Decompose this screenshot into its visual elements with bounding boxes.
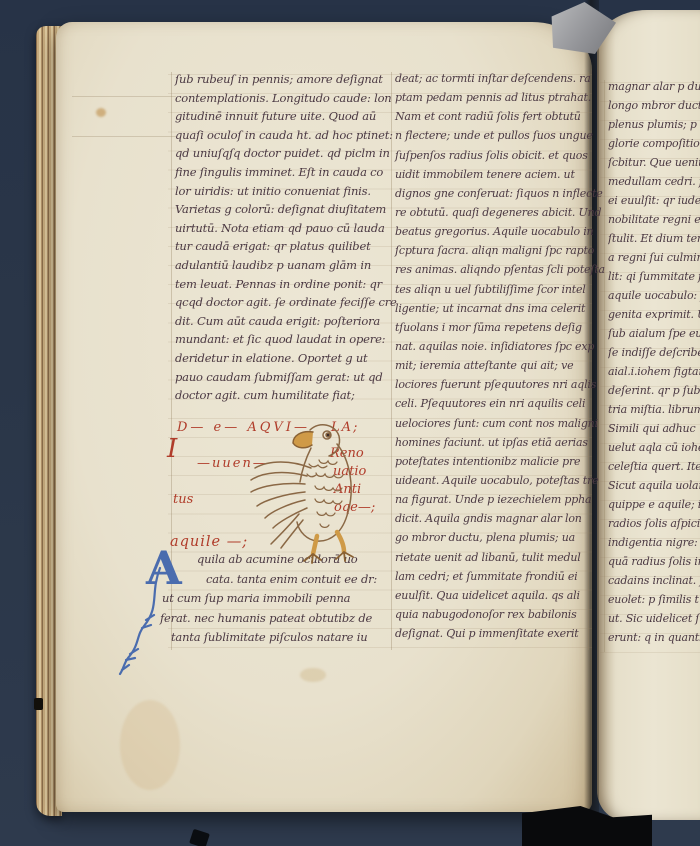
text-line: lor uiridis: ut initio conueniat finis.	[175, 184, 391, 203]
text-line: tur caudā erigat: qr platus quilibet	[175, 239, 391, 258]
text-line: dicit. Aquila gndis magnar alar lon	[395, 512, 589, 531]
text-line: celi. Pſequutores ein nri aquilis celi	[395, 397, 589, 416]
text-line: tanta ſublimitate piſculos natare iu	[171, 630, 400, 650]
text-line: qcqd doctor agit. ſe ordinate feciſſe cr…	[175, 295, 391, 314]
text-line: longo mbror ductu, p	[608, 99, 700, 118]
text-line: nobilitate regni ei, q	[608, 213, 700, 232]
text-line: tria miſtia. librum	[608, 403, 700, 422]
text-line: n flectere; unde et pullos ſuos ungue	[395, 129, 589, 148]
text-line: re obtutū. quaſi degeneres abicit. Und	[395, 206, 589, 225]
text-line: a regni ſui culmine	[608, 251, 700, 270]
text-line: nat. aquilas noie. inſidiatores ſpc exp	[395, 340, 589, 359]
text-line: radios ſolis aſpiciat	[608, 517, 700, 536]
text-line: Simili qui adhuc	[608, 422, 700, 441]
text-line: deridetur in elatione. Oportet g ut	[175, 351, 391, 370]
text-line: tes aliqn u uel ſubtiliſſime ſcor intel	[395, 283, 589, 302]
text-line: uelut aqla cū iohe	[608, 441, 700, 460]
middle-text-column: deat; ac tormti inſtar deſcendens. rapta…	[395, 72, 589, 646]
text-line: fine ſingulis imminet. Eſt in cauda co	[175, 165, 391, 184]
text-line: poteſtates intentionibz malicie pre	[395, 455, 589, 474]
left-text-column: ſub rubeuſ in pennis; amore deſignatcont…	[175, 72, 391, 407]
text-line: Nam et cont radiū ſolis fert obtutū	[395, 110, 589, 129]
text-line: homines faciunt. ut ipſas etiā aerias	[395, 436, 589, 455]
text-line: ut cum ſup maria immobili penna	[162, 591, 400, 611]
text-line: doctor agit. cum humilitate fiat;	[175, 388, 391, 407]
initial-flourish	[116, 566, 182, 678]
text-line: aial.i.iohem figtam	[608, 365, 700, 384]
margin-rule	[72, 96, 176, 97]
text-line: lam cedri; et ſummitate frondiū ei	[395, 570, 589, 589]
text-line: qd uniuſqſq doctor puidet. qd piclm in	[175, 146, 391, 165]
text-line: quaſi oculoſ in cauda ht. ad hoc ptinet:	[175, 128, 391, 147]
text-line: uirtutū. Nota etiam qd pauo cū lauda	[175, 221, 391, 240]
text-line: mit; ieremia atteſtante qui ait; ve	[395, 359, 589, 378]
text-line: ſuſpenſos radius ſolis obicit. et quos	[395, 149, 589, 168]
text-line: glorie compoſitione.	[608, 137, 700, 156]
text-line: ptam pedam pennis ad litus ptrahat.	[395, 91, 589, 110]
text-line: ſub rubeuſ in pennis; amore deſignat	[175, 72, 391, 91]
manuscript-photo: ſub rubeuſ in pennis; amore deſignatcont…	[0, 0, 700, 846]
text-line: uideant. Aquile uocabulo, poteſtas tre	[395, 474, 589, 493]
text-line: uelociores ſunt: cum cont nos maligni	[395, 417, 589, 436]
text-line: quia nabugodonoſor rex babilonis	[395, 608, 589, 627]
text-line: ei euulſit: qr iudee	[608, 194, 700, 213]
text-line: adulantiū laudibz p uanam glām in	[175, 258, 391, 277]
parchment-stain	[96, 108, 106, 117]
rubric-tus: tus	[173, 492, 193, 507]
text-line: magnar alar p dur	[608, 80, 700, 99]
text-line: cata. tanta enim contuit ee dr:	[206, 572, 400, 592]
text-line: Varietas g colorū: deſignat diuſitatem	[175, 202, 391, 221]
text-line: medullam cedri. ſ	[608, 175, 700, 194]
floor-mark	[189, 829, 210, 846]
text-line: genita exprimit. Und	[608, 308, 700, 327]
text-line: rietate uenit ad libanū, tulit medul	[395, 551, 589, 570]
text-line: euulſit. Qua uidelicet aquila. qs ali	[395, 589, 589, 608]
text-line: beatus gregorius. Aquile uocabulo in	[395, 225, 589, 244]
text-line: mundant: et ſic quod laudat in opere:	[175, 332, 391, 351]
text-line: pauo caudam ſubmiſſam gerat: ut qd	[175, 370, 391, 389]
text-line: deſerint. qr p ſubtile	[608, 384, 700, 403]
text-line: ut. Sic uidelicet ſte	[608, 612, 700, 631]
text-line: res animas. aliqndo pſentas ſcli poteſta	[395, 263, 589, 282]
text-line: ſub aialum ſpe eui	[608, 327, 700, 346]
margin-rule	[72, 136, 176, 137]
page-edge-notch	[34, 698, 43, 710]
text-line: ſcptura ſacra. aliqn maligni ſpc rapto	[395, 244, 589, 263]
parchment-stain	[120, 700, 180, 790]
text-line: euolet: p ſimilis t	[608, 593, 700, 612]
text-line: quippe e aquile; in	[608, 498, 700, 517]
next-page-text-column: magnar alar p durlongo mbror ductu, pple…	[608, 80, 700, 650]
text-line: gitudinē innuit future uite. Quod aū	[175, 109, 391, 128]
text-line: ſcbitur. Que uenit a	[608, 156, 700, 175]
text-line: tſuolans i mor ſūma repetens deſig	[395, 321, 589, 340]
text-line: lit: qi ſummitate f	[608, 270, 700, 289]
text-line: aquile uocabulo: ſi	[608, 289, 700, 308]
text-line: deſignat. Qui p immenſitate exerit	[395, 627, 589, 646]
text-line: indigentia nigre: e	[608, 536, 700, 555]
text-line: contemplationis. Longitudo caude: lon	[175, 91, 391, 110]
column-rule	[604, 80, 605, 652]
text-line: go mbror ductu, plena plumis; ua	[395, 531, 589, 550]
text-line: ligentie; ut incarnat dns ima celerit	[395, 302, 589, 321]
eagle-illustration	[247, 420, 385, 570]
text-line: dit. Cum aūt cauda erigit: poſteriora	[175, 314, 391, 333]
text-line: ſtulit. Et dium tener	[608, 232, 700, 251]
text-line: ſe indiſſe deſcriberet	[608, 346, 700, 365]
text-line: celeſtia quert. Ite be	[608, 460, 700, 479]
text-line: cadains inclinat. ſ	[608, 574, 700, 593]
rubric-initial-i: I	[167, 434, 177, 464]
text-line: ferat. nec humanis pateat obtutibz de	[160, 611, 400, 631]
text-line: tem leuat. Pennas in ordine ponit: qr	[175, 277, 391, 296]
parchment-stain	[300, 668, 326, 682]
text-line: lociores fuerunt pſequutores nri aqlis	[395, 378, 589, 397]
text-line: dignos gne conſeruat: ſiquos n inflecte	[395, 187, 589, 206]
text-line: na figurat. Unde p iezechielem ppha	[395, 493, 589, 512]
text-line: quā radius ſolis inſi	[608, 555, 700, 574]
text-line: Sicut aquila uolan	[608, 479, 700, 498]
text-line: erunt: q in quanti	[608, 631, 700, 650]
text-line: uidit immobilem tenere aciem. ut	[395, 168, 589, 187]
text-line: deat; ac tormti inſtar deſcendens. ra	[395, 72, 589, 91]
text-line: plenus plumis; p un	[608, 118, 700, 137]
